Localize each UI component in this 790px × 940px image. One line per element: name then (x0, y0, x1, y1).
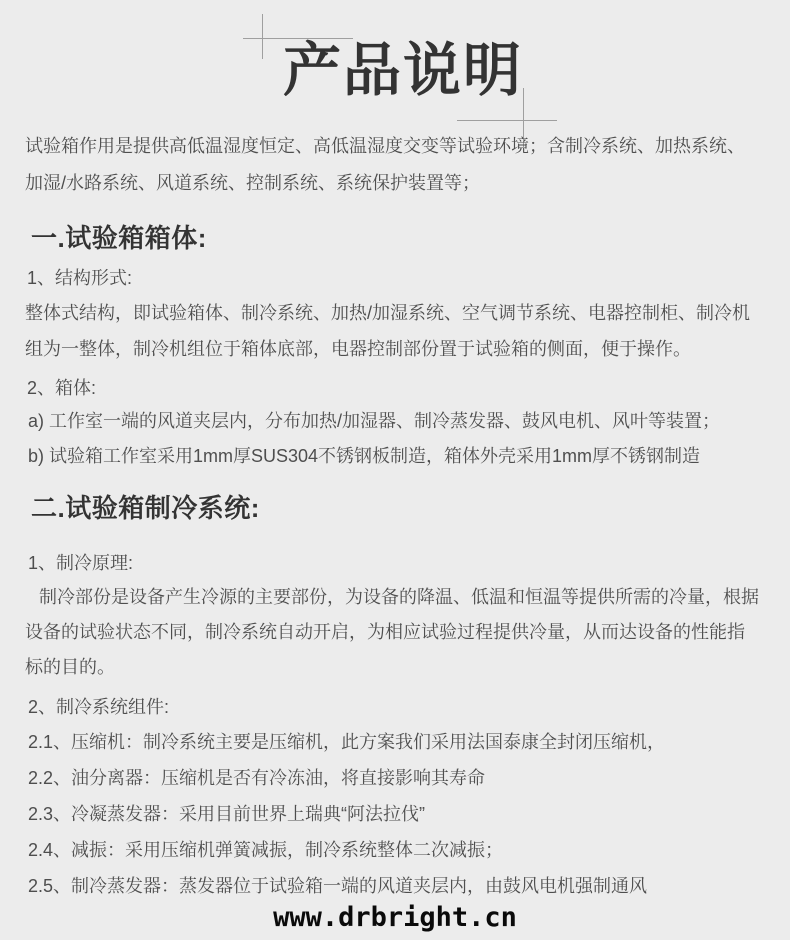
list-item-2-4: 2.4、减振：采用压缩机弹簧减振，制冷系统整体二次减振； (28, 832, 765, 868)
section1-heading: 一.试验箱箱体: (31, 222, 207, 254)
footer-website-url[interactable]: www.drbright.cn (0, 902, 790, 933)
page-title: 产品说明 (16, 38, 790, 104)
paragraph-line: 设备的试验状态不同，制冷系统自动开启，为相应试验过程提供冷量，从而达设备的性能指 (25, 615, 765, 650)
product-description-page: 产品说明 试验箱作用是提供高低温湿度恒定、高低温湿度交变等试验环境；含制冷系统、… (0, 0, 790, 940)
list-item-2-5: 2.5、制冷蒸发器：蒸发器位于试验箱一端的风道夹层内，由鼓风电机强制通风 (28, 868, 765, 904)
intro-line-1: 试验箱作用是提供高低温湿度恒定、高低温湿度交变等试验环境；含制冷系统、加热系统、 (25, 128, 765, 165)
intro-line-2: 加湿/水路系统、风道系统、控制系统、系统保护装置等； (25, 165, 765, 202)
section2-subheading-principle: 1、制冷原理: (28, 545, 765, 581)
subheading-label: 1、结构形式: (27, 260, 765, 296)
subheading-label: 2、制冷系统组件: (28, 689, 765, 725)
section1-structure-paragraph: 整体式结构，即试验箱体、制冷系统、加热/加湿系统、空气调节系统、电器控制柜、制冷… (25, 295, 765, 367)
section1-lettered-list: a) 工作室一端的风道夹层内，分布加热/加湿器、制冷蒸发器、鼓风电机、风叶等装置… (28, 404, 765, 474)
subheading-label: 2、箱体: (27, 370, 765, 406)
section2-numbered-list: 2.1、压缩机：制冷系统主要是压缩机，此方案我们采用法国泰康全封闭压缩机， 2.… (28, 724, 765, 904)
section2-heading: 二.试验箱制冷系统: (31, 492, 260, 524)
paragraph-line: 整体式结构，即试验箱体、制冷系统、加热/加湿系统、空气调节系统、电器控制柜、制冷… (25, 295, 765, 331)
paragraph-line: 制冷部份是设备产生冷源的主要部份，为设备的降温、低温和恒温等提供所需的冷量，根据 (25, 580, 765, 615)
section2-principle-paragraph: 制冷部份是设备产生冷源的主要部份，为设备的降温、低温和恒温等提供所需的冷量，根据… (25, 580, 765, 685)
subheading-label: 1、制冷原理: (28, 545, 765, 581)
section1-subheading-cabinet: 2、箱体: (27, 370, 765, 406)
intro-paragraph: 试验箱作用是提供高低温湿度恒定、高低温湿度交变等试验环境；含制冷系统、加热系统、… (25, 128, 765, 202)
paragraph-line: 组为一整体，制冷机组位于箱体底部，电器控制部份置于试验箱的侧面，便于操作。 (25, 331, 765, 367)
list-item-2-3: 2.3、冷凝蒸发器：采用目前世界上瑞典“阿法拉伐” (28, 796, 765, 832)
crosshair-bottom-right-horizontal (457, 120, 557, 121)
list-item-b: b) 试验箱工作室采用1mm厚SUS304不锈钢板制造，箱体外壳采用1mm厚不锈… (28, 439, 765, 474)
section2-subheading-components: 2、制冷系统组件: (28, 689, 765, 725)
list-item-a: a) 工作室一端的风道夹层内，分布加热/加湿器、制冷蒸发器、鼓风电机、风叶等装置… (28, 404, 765, 439)
section1-subheading-structure: 1、结构形式: (27, 260, 765, 296)
paragraph-line: 标的目的。 (25, 650, 765, 685)
list-item-2-2: 2.2、油分离器：压缩机是否有冷冻油，将直接影响其寿命 (28, 760, 765, 796)
list-item-2-1: 2.1、压缩机：制冷系统主要是压缩机，此方案我们采用法国泰康全封闭压缩机， (28, 724, 765, 760)
